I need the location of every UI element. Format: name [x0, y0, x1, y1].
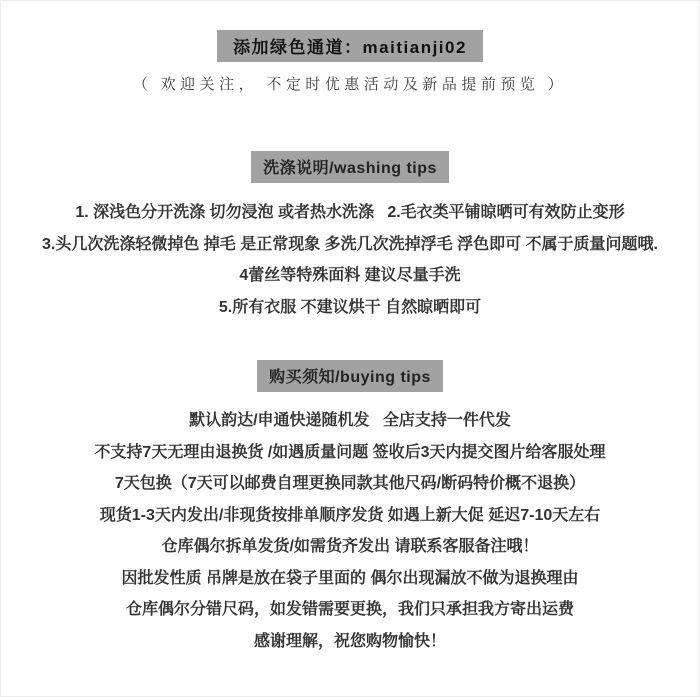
buying-tip-line: 不支持7天无理由退换货 /如遇质量问题 签收后3天内提交图片给客服处理: [94, 437, 605, 469]
washing-tips-list: 1. 深浅色分开洗涤 切勿浸泡 或者热水洗涤 2.毛衣类平铺晾晒可有效防止变形 …: [1, 197, 699, 323]
buying-tip-line: 7天包换（7天可以邮费自理更换同款其他尺码/断码特价概不退换）: [115, 468, 585, 500]
washing-tip-line: 4蕾丝等特殊面料 建议尽量手洗: [239, 260, 460, 292]
buying-tip-line: 仓库偶尔拆单发货/如需货齐发出 请联系客服备注哦！: [162, 531, 539, 563]
welcome-subtitle: （ 欢迎关注， 不定时优惠活动及新品提前预览 ）: [133, 73, 567, 94]
buying-tip-line: 默认韵达/申通快递随机发 全店支持一件代发: [189, 405, 511, 437]
product-notice-page: 添加绿色通道：maitianji02 （ 欢迎关注， 不定时优惠活动及新品提前预…: [0, 0, 700, 697]
buying-tips-section-title: 购买须知/buying tips: [257, 360, 443, 392]
buying-tip-line: 因批发性质 吊牌是放在袋子里面的 偶尔出现漏放不做为退换理由: [122, 563, 579, 595]
washing-tips-section-title: 洗涤说明/washing tips: [251, 151, 449, 183]
green-channel-banner: 添加绿色通道：maitianji02: [217, 30, 483, 62]
buying-tip-line: 感谢理解，祝您购物愉快！: [254, 626, 446, 658]
washing-tip-line: 3.头几次洗涤轻微掉色 掉毛 是正常现象 多洗几次洗掉浮毛 浮色即可 不属于质量…: [42, 229, 658, 261]
buying-tip-line: 现货1-3天内发出/非现货按排单顺序发货 如遇上新大促 延迟7-10天左右: [100, 500, 601, 532]
washing-tip-line: 1. 深浅色分开洗涤 切勿浸泡 或者热水洗涤 2.毛衣类平铺晾晒可有效防止变形: [75, 197, 624, 229]
buying-tips-list: 默认韵达/申通快递随机发 全店支持一件代发 不支持7天无理由退换货 /如遇质量问…: [1, 405, 699, 657]
buying-tip-line: 仓库偶尔分错尺码，如发错需要更换，我们只承担我方寄出运费: [126, 594, 574, 626]
washing-tip-line: 5.所有衣服 不建议烘干 自然晾晒即可: [219, 292, 481, 324]
